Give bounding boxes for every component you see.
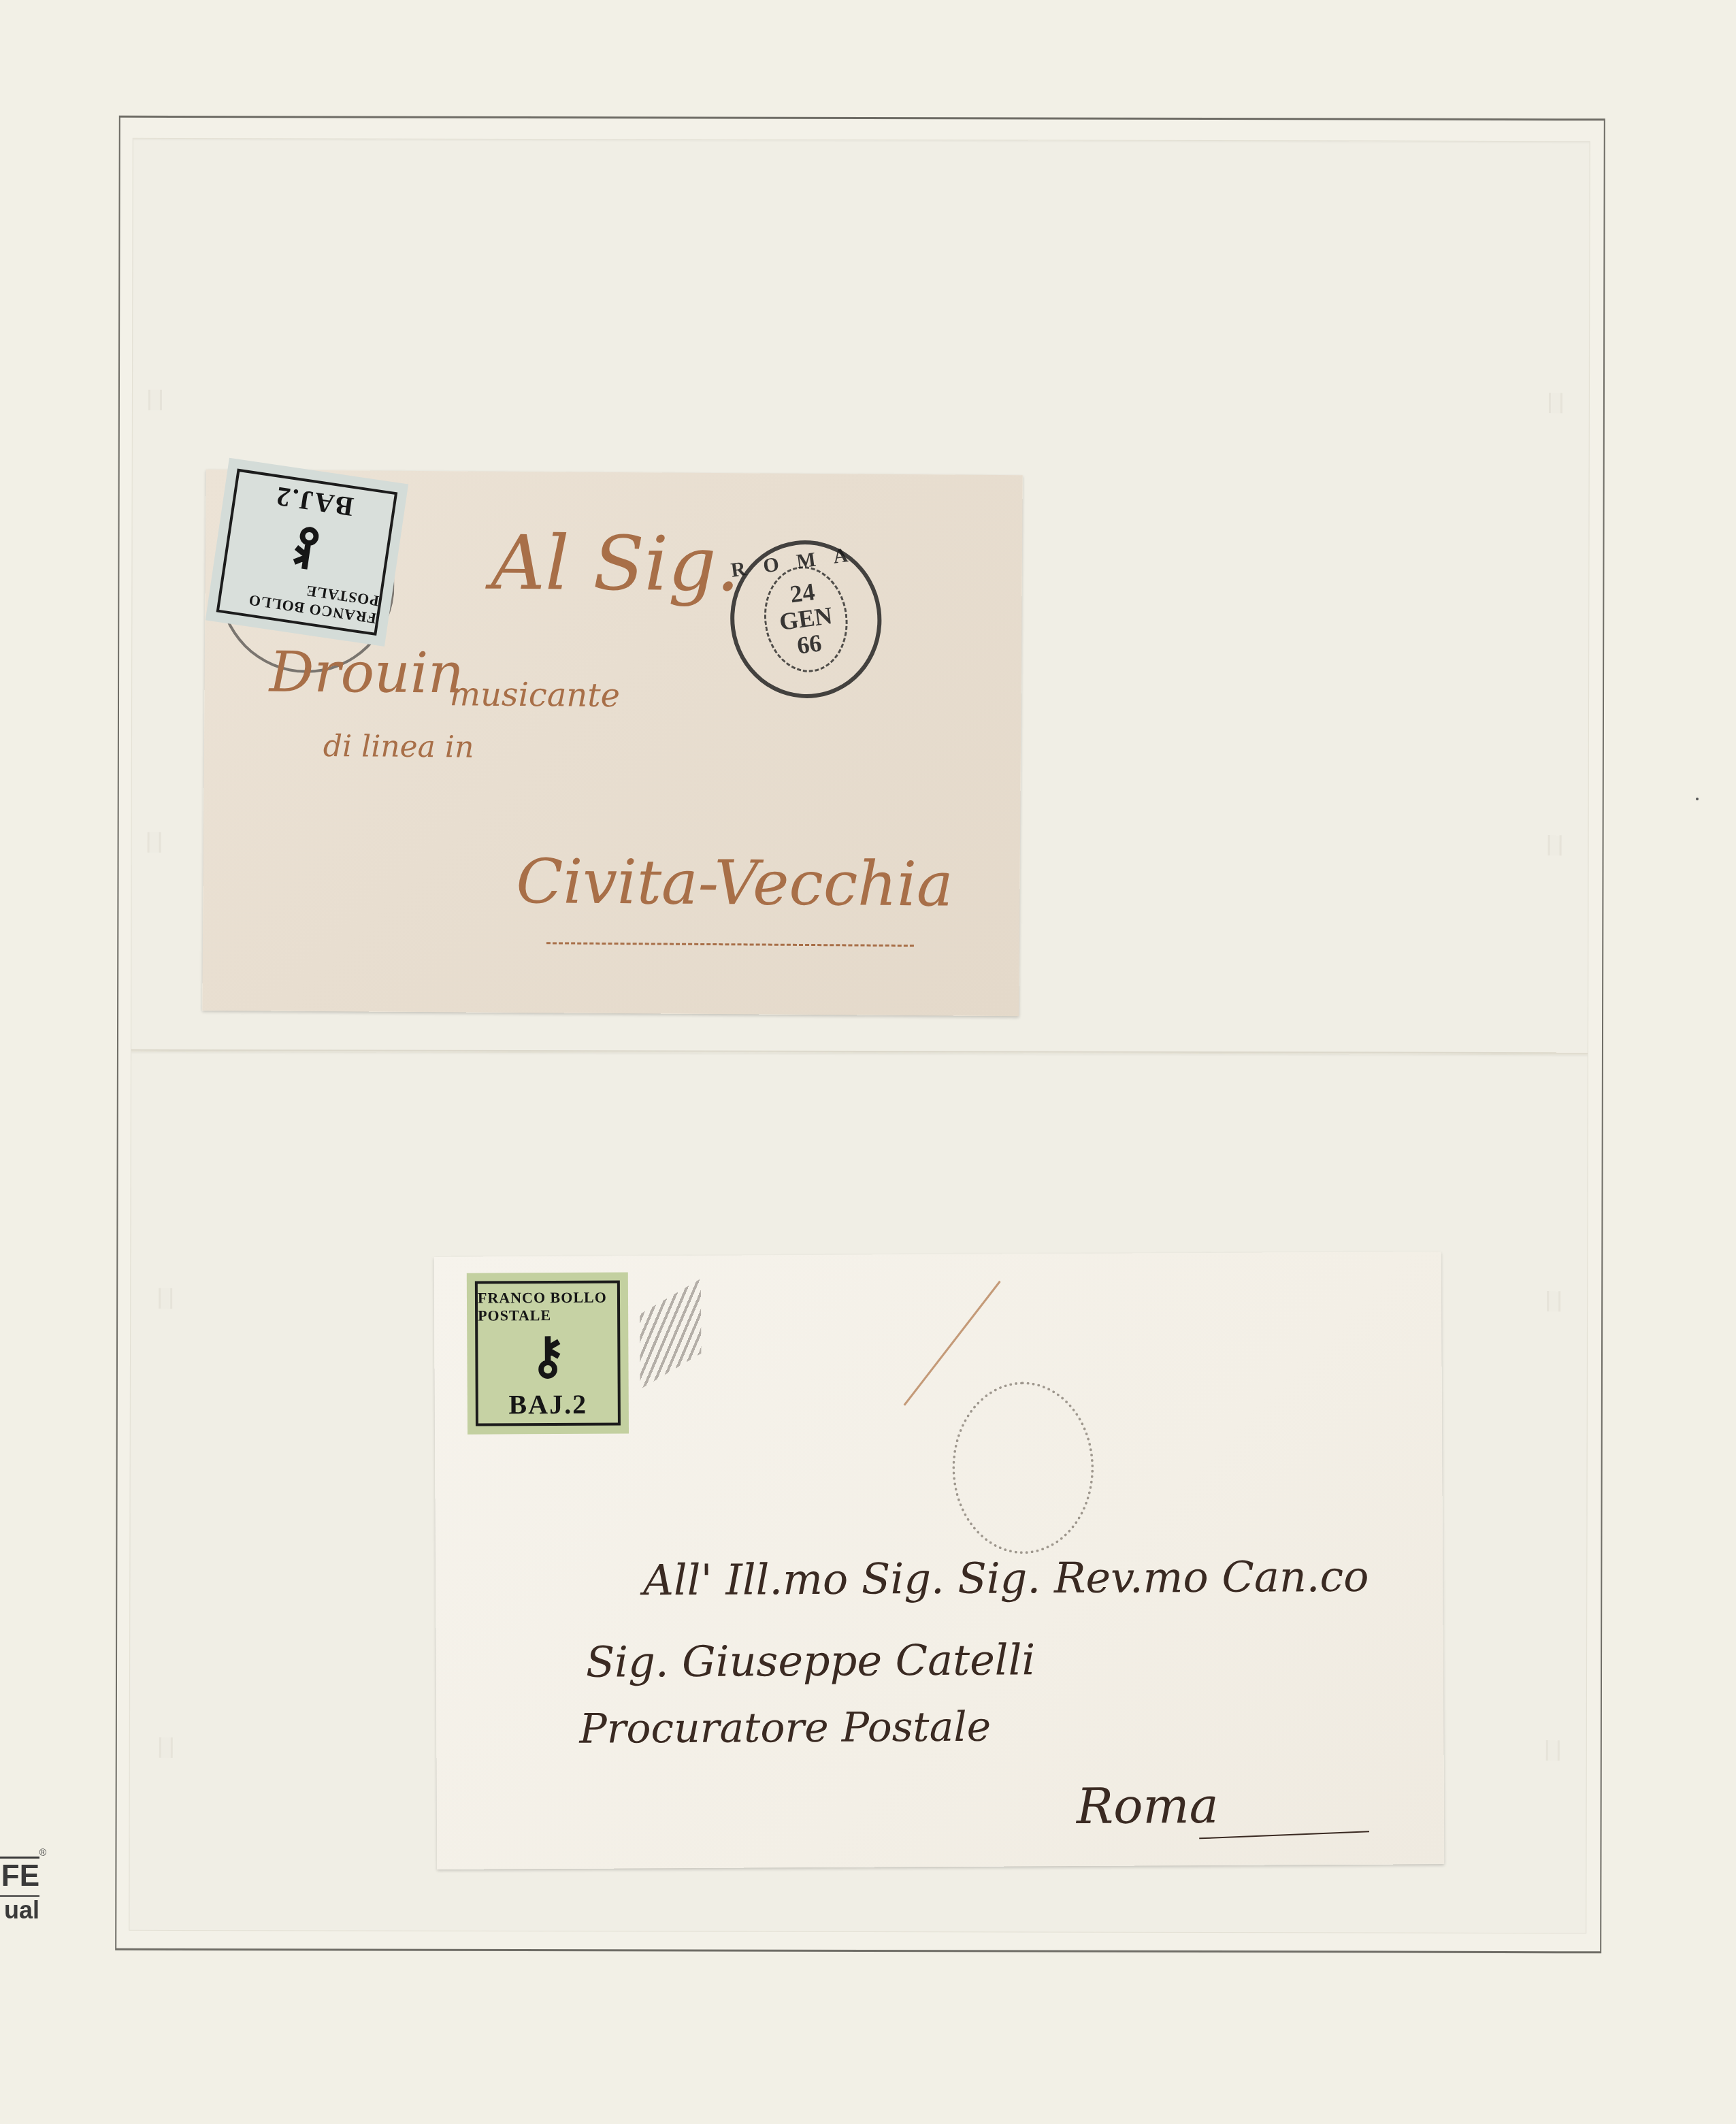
address-city: Civita-Vecchia <box>516 846 953 920</box>
pen-stroke <box>904 1281 1001 1406</box>
sleeve-notch <box>159 1288 172 1309</box>
address-occupation: musicante <box>449 675 620 715</box>
crossed-keys-icon: ⚷ <box>529 1331 567 1382</box>
papal-stamp-green: FRANCO BOLLO POSTALE ⚷ BAJ.2 <box>475 1280 621 1426</box>
sleeve-notch <box>1549 393 1562 413</box>
address-detail: di linea in <box>323 729 474 765</box>
address-salutation: All' Ill.mo Sig. Sig. Rev.mo Can.co <box>643 1552 1369 1605</box>
address-name: Drouin <box>269 640 464 706</box>
address-city: Roma <box>1077 1777 1219 1835</box>
sleeve-notch <box>159 1737 173 1758</box>
address-name: Sig. Giuseppe Catelli <box>586 1635 1036 1686</box>
album-brand-logo: ® FE ual <box>0 1857 39 1923</box>
address-salutation: Al Sig. <box>491 519 740 608</box>
crossed-keys-icon: ⚷ <box>285 521 329 576</box>
papal-stamp-grey: FRANCO BOLLO POSTALE ⚷ BAJ.2 <box>216 469 398 636</box>
postmark-date: 24 GEN 66 <box>757 561 854 678</box>
speck <box>1696 798 1699 800</box>
cover-roma[interactable]: FRANCO BOLLO POSTALE ⚷ BAJ.2 All' Ill.mo… <box>434 1252 1445 1869</box>
sleeve-notch <box>1547 1291 1560 1311</box>
address-title: Procuratore Postale <box>579 1703 991 1753</box>
grid-cancel <box>640 1279 701 1389</box>
sleeve-notch <box>148 390 162 410</box>
sleeve-notch <box>1546 1740 1560 1761</box>
sleeve-notch <box>1548 835 1562 855</box>
city-underline <box>546 936 914 947</box>
roma-postmark: ROMA 24 GEN 66 <box>721 531 891 707</box>
faint-postmark <box>952 1382 1094 1554</box>
city-underline <box>1199 1831 1369 1839</box>
sleeve-notch <box>148 832 161 853</box>
cover-civitavecchia[interactable]: FRANCO BOLLO POSTALE ⚷ BAJ.2 Al Sig. ROM… <box>202 470 1023 1016</box>
